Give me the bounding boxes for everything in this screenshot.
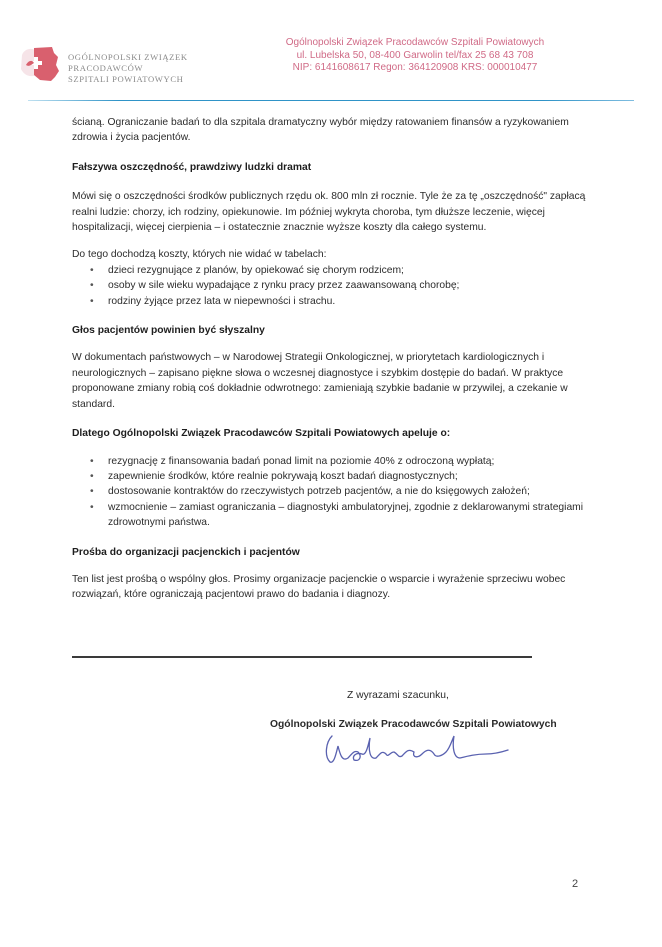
letterhead-address: ul. Lubelska 50, 08-400 Garwolin tel/fax…: [270, 50, 560, 63]
list-item: zapewnienie środków, które realnie pokry…: [72, 469, 607, 484]
logo-line: Ogólnopolski Związek: [68, 52, 188, 63]
list-item: dzieci rezygnujące z planów, by opiekowa…: [72, 263, 607, 278]
list-intro: Do tego dochodzą koszty, których nie wid…: [72, 247, 607, 262]
section-heading: Głos pacjentów powinien być słyszalny: [72, 323, 607, 338]
appeal-list: rezygnację z finansowania badań ponad li…: [72, 454, 607, 531]
section-paragraph: Mówi się o oszczędności środków publiczn…: [72, 189, 607, 235]
costs-list: dzieci rezygnujące z planów, by opiekowa…: [72, 263, 607, 309]
signature-icon: [318, 728, 538, 768]
logo-line: Pracodawców: [68, 63, 188, 74]
logo-wordmark: Ogólnopolski Związek Pracodawców Szpital…: [68, 52, 188, 85]
list-item: osoby w sile wieku wypadające z rynku pr…: [72, 278, 607, 293]
list-item: rodziny żyjące przez lata w niepewności …: [72, 294, 607, 309]
letterhead-contact: Ogólnopolski Związek Pracodawców Szpital…: [270, 37, 560, 75]
page-number: 2: [572, 878, 578, 890]
closing-divider: [72, 656, 532, 658]
list-item: rezygnację z finansowania badań ponad li…: [72, 454, 607, 469]
list-item: dostosowanie kontraktów do rzeczywistych…: [72, 484, 607, 499]
letterhead-org-name: Ogólnopolski Związek Pracodawców Szpital…: [270, 37, 560, 50]
closing-greeting: Z wyrazami szacunku,: [347, 688, 449, 703]
section-paragraph: W dokumentach państwowych – w Narodowej …: [72, 350, 607, 412]
section-heading: Prośba do organizacji pacjenckich i pacj…: [72, 545, 607, 560]
section-heading: Dlatego Ogólnopolski Związek Pracodawców…: [72, 426, 607, 441]
continuation-paragraph: ścianą. Ograniczanie badań to dla szpita…: [72, 115, 607, 146]
logo-line: Szpitali Powiatowych: [68, 74, 188, 85]
section-heading: Fałszywa oszczędność, prawdziwy ludzki d…: [72, 160, 607, 175]
section-paragraph: Ten list jest prośbą o wspólny głos. Pro…: [72, 572, 607, 603]
header-divider: [28, 100, 634, 101]
letterhead-registry: NIP: 6141608617 Regon: 364120908 KRS: 00…: [270, 62, 560, 75]
list-item: wzmocnienie – zamiast ograniczania – dia…: [72, 500, 607, 531]
organization-logo-icon: [18, 45, 62, 83]
letter-body: ścianą. Ograniczanie badań to dla szpita…: [72, 115, 607, 603]
